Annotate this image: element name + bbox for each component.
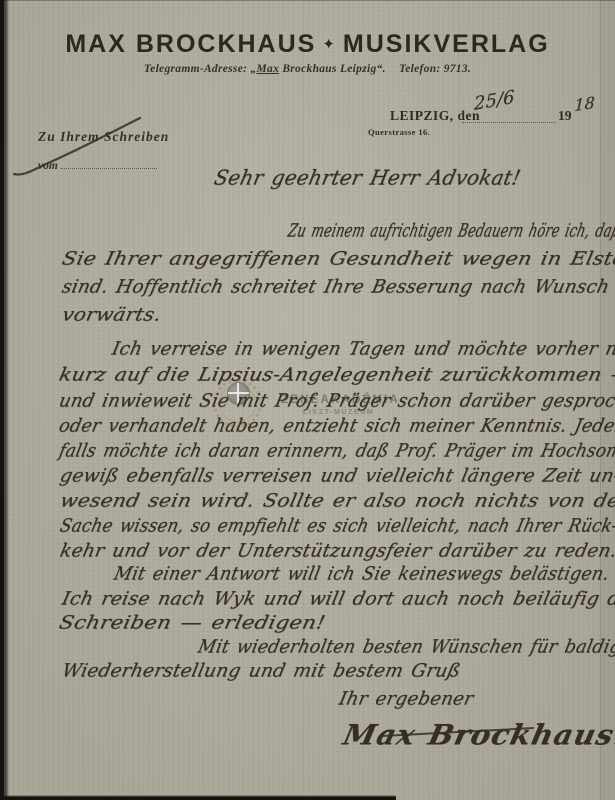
telegram-name-rest: Brockhaus Leipzig“. [279,63,386,75]
diamond-separator-icon: ✦ [316,35,343,53]
handwritten-line: kurz auf die Lipsius-Angelegenheit zurüc… [57,364,615,386]
letterhead-title: MAX BROCKHAUS✦MUSIKVERLAG [0,30,615,59]
street-address: Querstrasse 16. [368,127,430,137]
handwritten-year-suffix: 18 [574,93,595,115]
handwritten-line: Ich verreise in wenigen Tagen und möchte… [110,338,615,360]
letterhead-subline: Telegramm-Adresse: „Max Brockhaus Leipzi… [0,63,615,75]
handwritten-line: Zu meinem aufrichtigen Bedauern höre ich… [286,220,615,242]
scan-edge-bottom [0,795,396,800]
handwritten-line: Sache wissen, so empfiehlt es sich viell… [58,515,615,537]
signoff-line: Ihr ergebener [337,688,475,710]
handwritten-line: falls möchte ich daran erinnern, daß Pro… [57,440,615,462]
handwritten-line: Sie Ihrer angegriffenen Gesundheit wegen… [60,248,615,270]
handwritten-line: oder verhandelt haben, entzieht sich mei… [57,415,615,437]
telephone-number: Telefon: 9713. [399,63,471,75]
handwritten-line: sind. Hoffentlich schreitet Ihre Besseru… [60,276,611,298]
handwritten-line: kehr und vor der Unterstützungsfeier dar… [58,540,615,562]
handwritten-line: Mit einer Antwort will ich Sie keinesweg… [112,563,615,585]
scanned-letter-page: MAX BROCKHAUS✦MUSIKVERLAG Telegramm-Adre… [0,0,615,800]
handwritten-line: vorwärts. [60,304,163,326]
handwritten-line: Wiederherstellung und mit bestem Gruß [60,660,462,682]
handwritten-line: gewiß ebenfalls verreisen und vielleicht… [58,465,615,487]
scan-edge-left [0,0,9,800]
handwritten-line: Schreiben — erledigen! [57,612,327,634]
printed-year-prefix: 19 [558,108,572,124]
scan-edge-right [601,0,615,800]
telegram-address-label: Telegramm-Adresse: [144,63,247,75]
salutation-line: Sehr geehrter Herr Advokat! [212,166,523,190]
handwritten-line: Ich reise nach Wyk und will dort auch no… [60,588,615,610]
telegram-name-underlined: Max [257,63,280,75]
handwritten-line: und inwieweit Sie mit Prof. Präger schon… [57,390,615,412]
scan-edge-top [0,0,615,1]
handwritten-line: Mit wiederholten besten Wünschen für bal… [196,636,615,658]
publisher-name: MAX BROCKHAUS [65,30,316,58]
handwritten-strikethrough-stroke [8,110,148,180]
handwritten-line: wesend sein wird. Sollte er also noch ni… [58,490,615,512]
publisher-division: MUSIKVERLAG [343,30,550,58]
